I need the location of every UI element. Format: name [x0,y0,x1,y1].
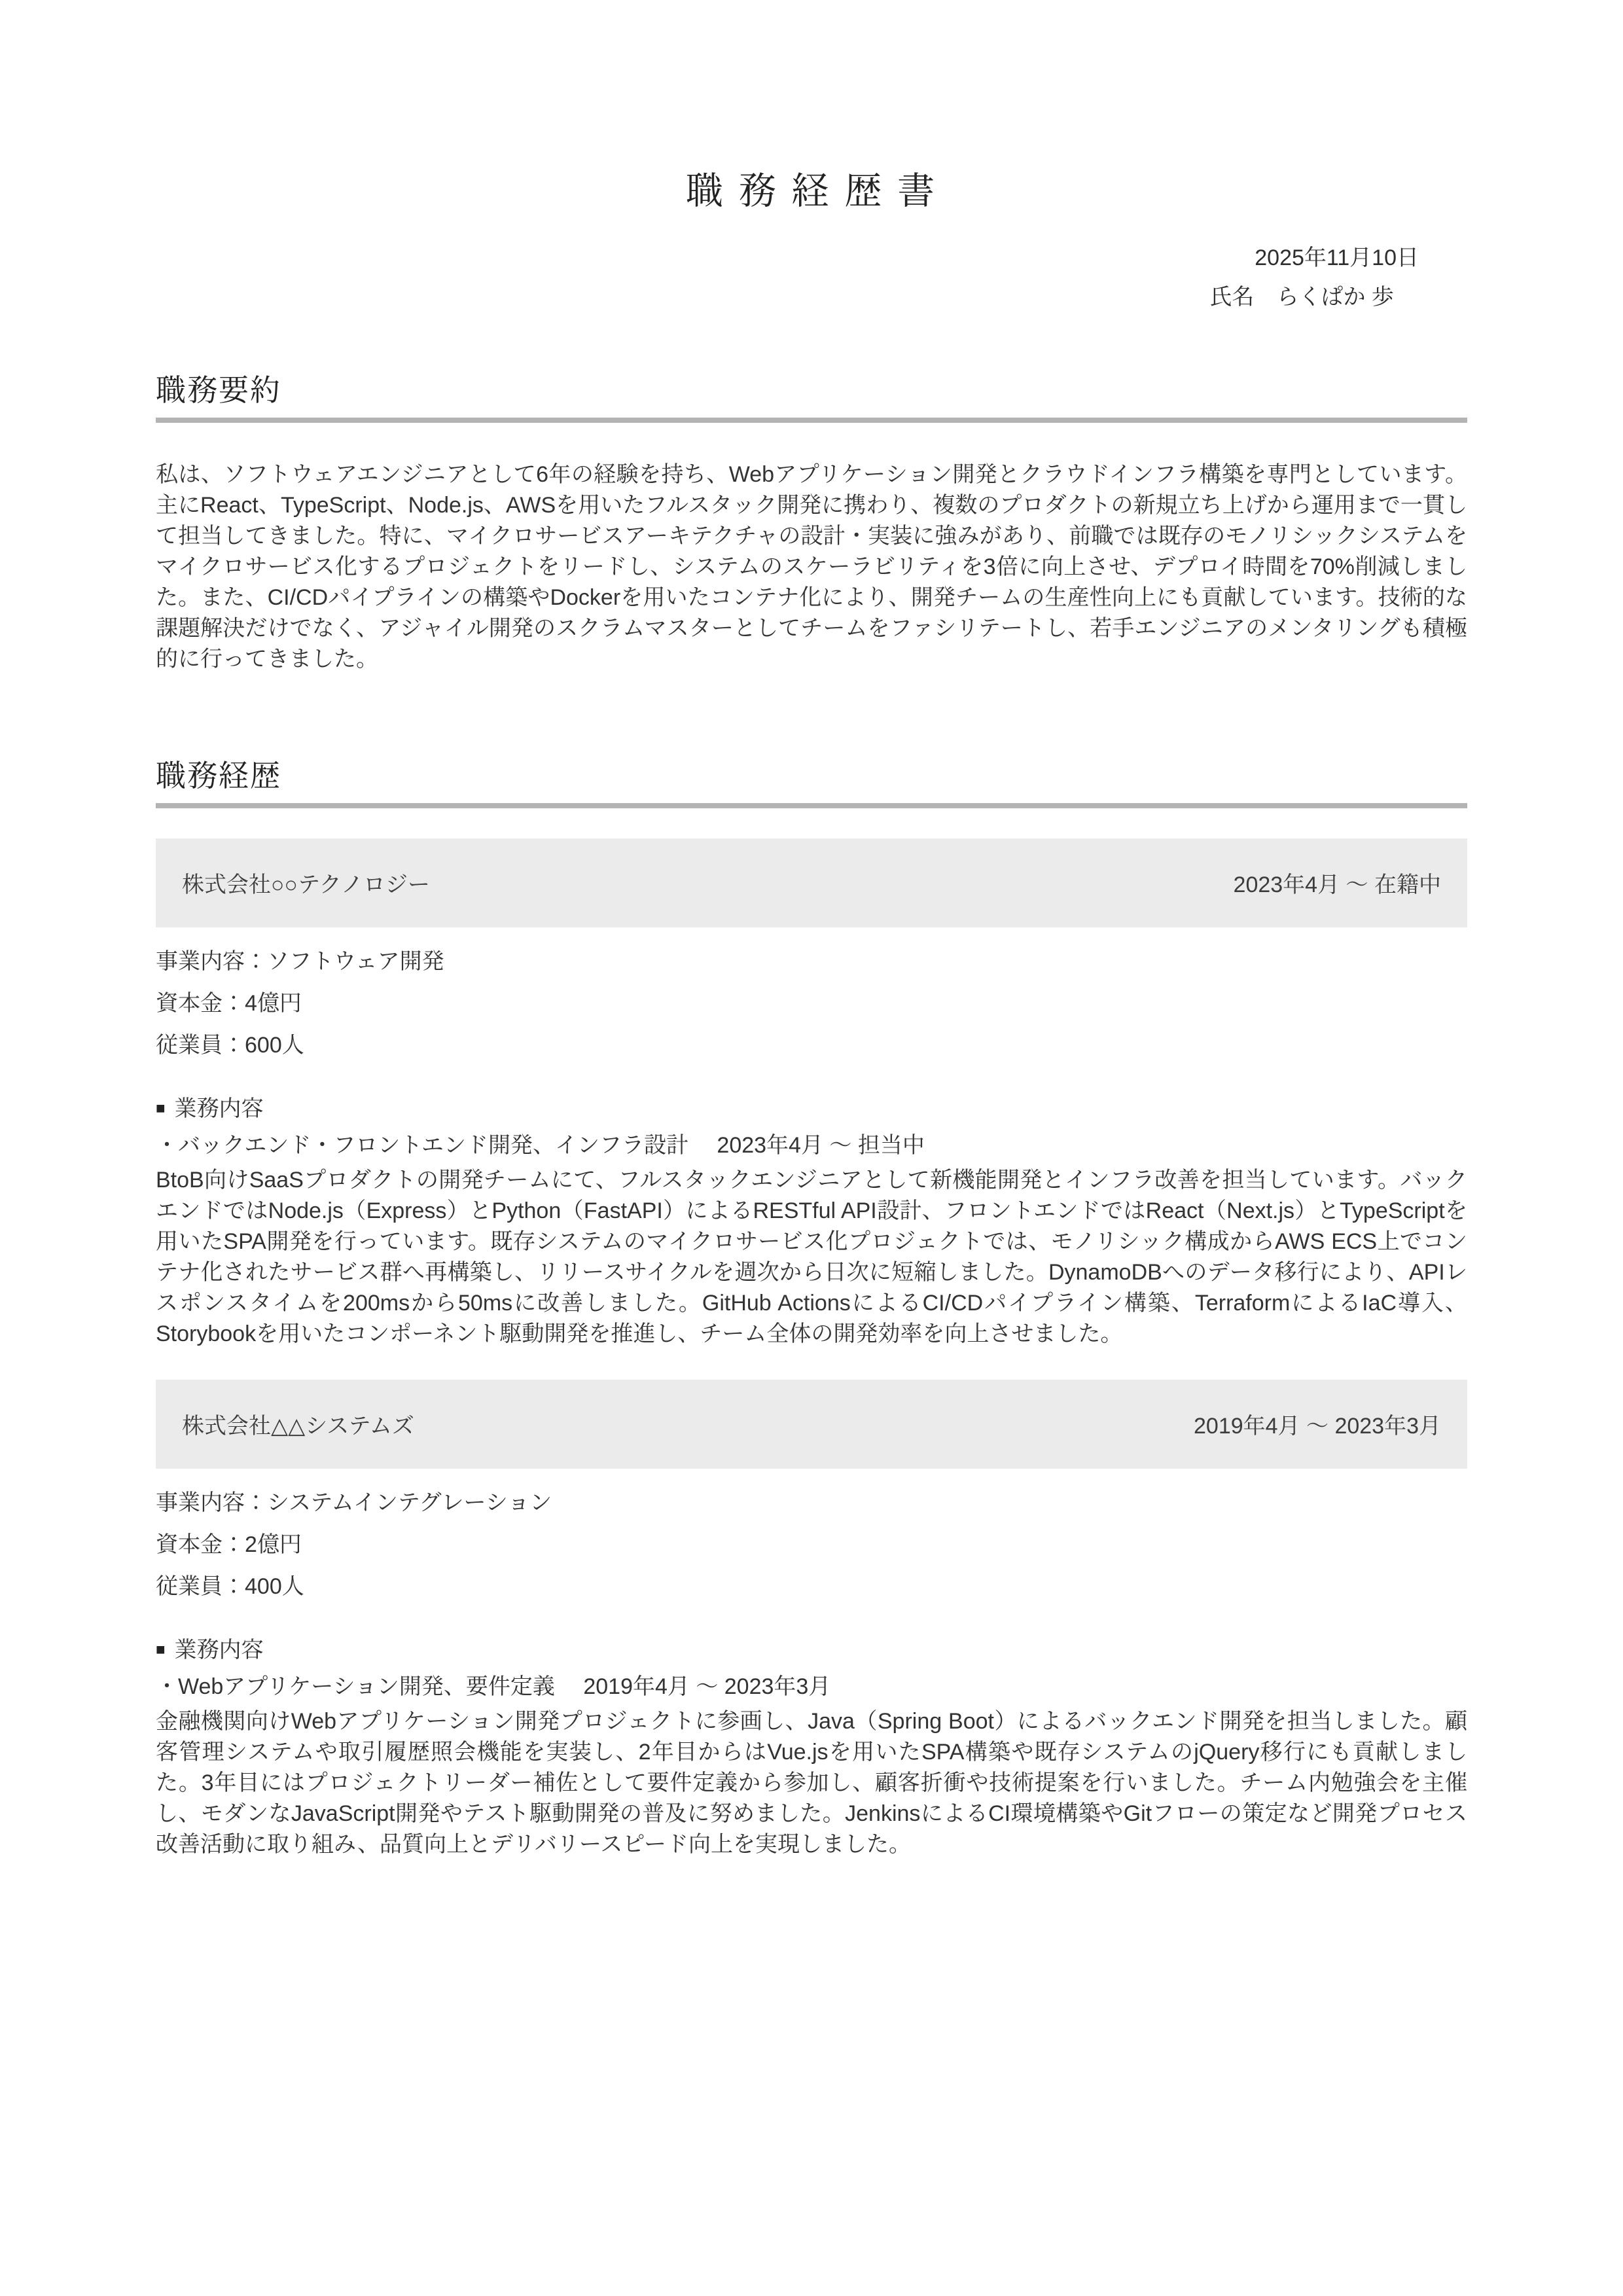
company-name: 株式会社○○テクノロジー [182,867,430,899]
square-bullet-icon: ■ [156,1641,166,1659]
duty-heading-label: 業務内容 [175,1638,264,1662]
summary-heading: 職務要約 [156,367,1467,410]
company-employees: 従業員：400人 [156,1572,1467,1602]
document-meta: 2025年11月10日 氏名 らくぱか 歩 [156,243,1467,312]
company-entry-2: 株式会社△△システムズ 2019年4月 〜 2023年3月 事業内容：システムイ… [156,1380,1467,1860]
summary-body: 私は、ソフトウェアエンジニアとして6年の経験を持ち、Webアプリケーション開発と… [156,459,1467,674]
company-business: 事業内容：ソフトウェア開発 [156,947,1467,977]
applicant-name: 氏名 らくぱか 歩 [156,283,1467,312]
company-header-2: 株式会社△△システムズ 2019年4月 〜 2023年3月 [156,1380,1467,1469]
duty-section: ■業務内容 ・Webアプリケーション開発、要件定義 2019年4月 〜 2023… [156,1632,1467,1859]
company-period: 2023年4月 〜 在籍中 [1234,867,1441,899]
company-header-1: 株式会社○○テクノロジー 2023年4月 〜 在籍中 [156,838,1467,927]
duty-heading-label: 業務内容 [175,1096,264,1121]
company-entry-1: 株式会社○○テクノロジー 2023年4月 〜 在籍中 事業内容：ソフトウェア開発… [156,838,1467,1350]
company-capital: 資本金：4億円 [156,989,1467,1019]
history-divider [156,803,1467,808]
company-employees: 従業員：600人 [156,1031,1467,1061]
document-date: 2025年11月10日 [156,243,1467,272]
company-period: 2019年4月 〜 2023年3月 [1194,1408,1441,1440]
resume-page: 職 務 経 歴 書 2025年11月10日 氏名 らくぱか 歩 職務要約 私は、… [0,0,1623,1860]
duty-heading: ■業務内容 [156,1090,1467,1122]
history-section: 職務経歴 株式会社○○テクノロジー 2023年4月 〜 在籍中 事業内容：ソフト… [156,752,1467,1860]
role-line: ・Webアプリケーション開発、要件定義 2019年4月 〜 2023年3月 [156,1672,1467,1702]
square-bullet-icon: ■ [156,1100,166,1117]
company-capital: 資本金：2億円 [156,1530,1467,1560]
company-description: BtoB向けSaaSプロダクトの開発チームにて、フルスタックエンジニアとして新機… [156,1165,1467,1349]
company-name: 株式会社△△システムズ [182,1408,414,1440]
company-description: 金融機関向けWebアプリケーション開発プロジェクトに参画し、Java（Sprin… [156,1706,1467,1860]
summary-divider [156,418,1467,423]
page-title: 職 務 経 歴 書 [156,161,1467,215]
role-line: ・バックエンド・フロントエンド開発、インフラ設計 2023年4月 〜 担当中 [156,1130,1467,1161]
company-business: 事業内容：システムインテグレーション [156,1488,1467,1518]
duty-section: ■業務内容 ・バックエンド・フロントエンド開発、インフラ設計 2023年4月 〜… [156,1090,1467,1349]
history-heading: 職務経歴 [156,752,1467,795]
summary-section: 職務要約 私は、ソフトウェアエンジニアとして6年の経験を持ち、Webアプリケーシ… [156,367,1467,674]
duty-heading: ■業務内容 [156,1632,1467,1664]
